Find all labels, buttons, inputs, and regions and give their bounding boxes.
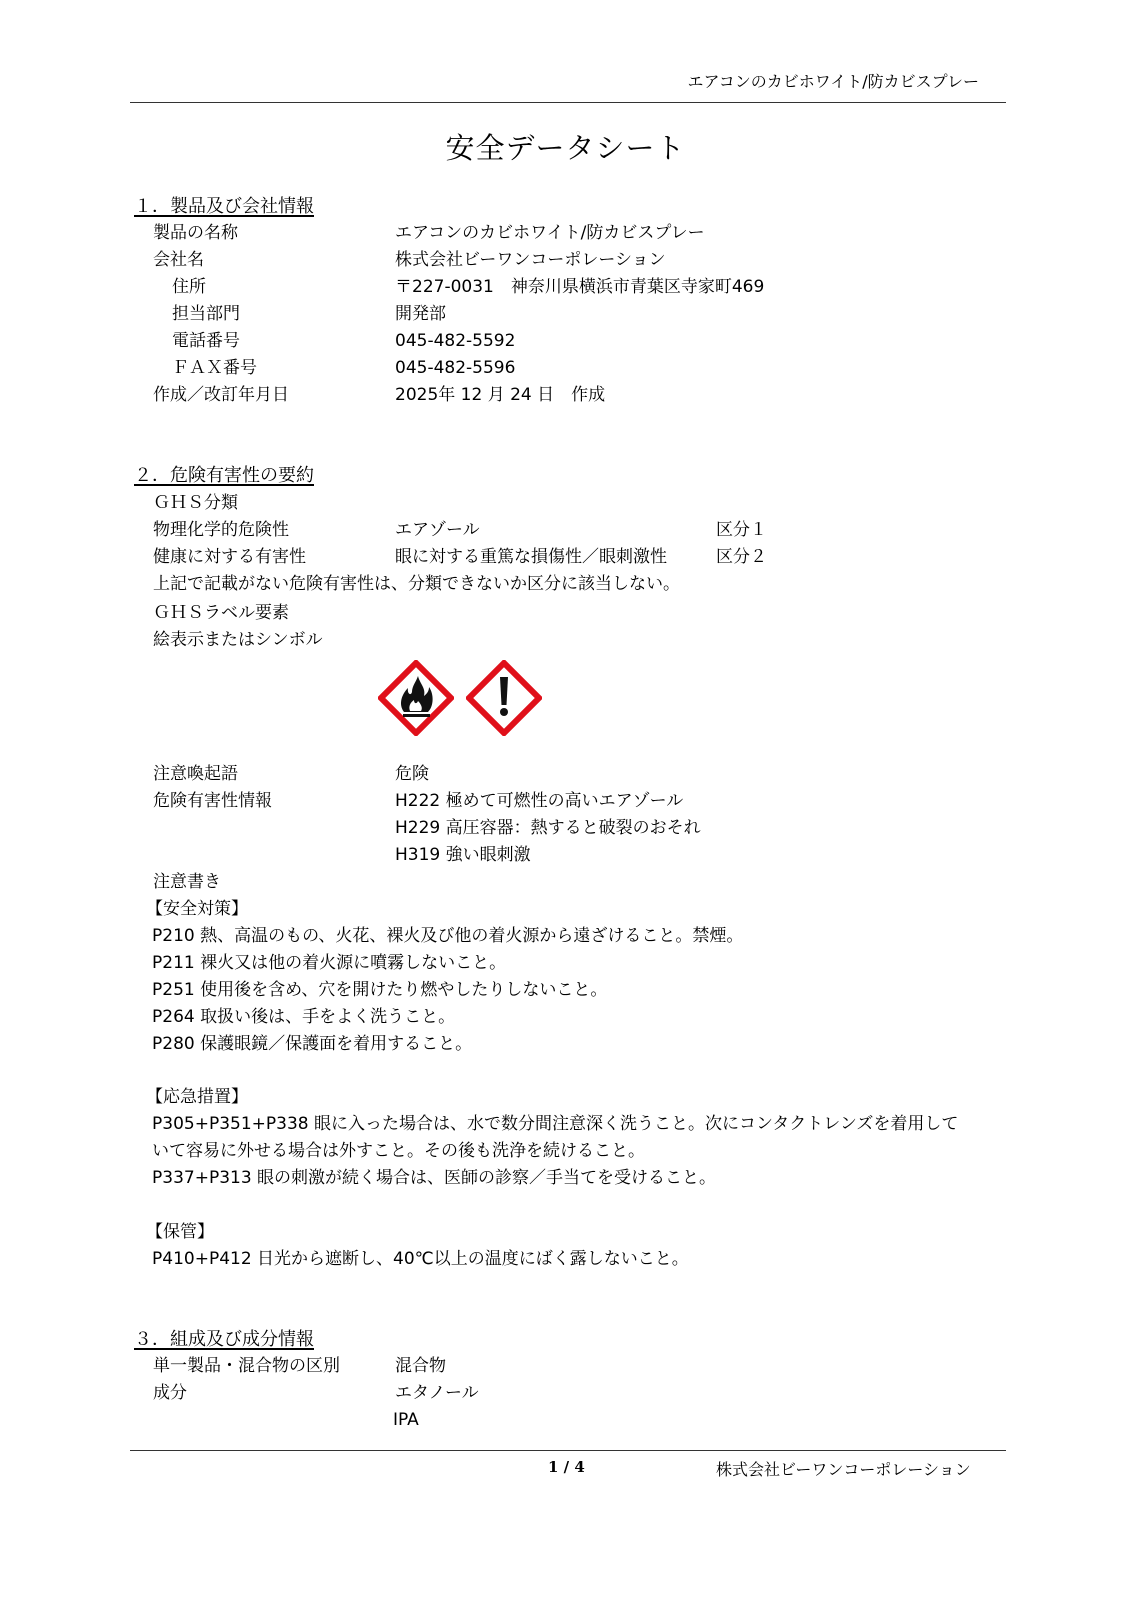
section-3-heading: ３．組成及び成分情報 — [134, 1331, 314, 1349]
composition-row: 単一製品・混合物の区別 混合物 — [0, 1358, 1131, 1380]
classification-category: 物理化学的危険性 — [153, 522, 289, 539]
hazard-statements-label: 危険有害性情報 — [153, 793, 272, 810]
info-row-address: 住所 〒227-0031 神奈川県横浜市青葉区寺家町469 — [0, 279, 1131, 301]
classification-division: 区分１ — [716, 522, 767, 539]
info-row-department: 担当部門 開発部 — [0, 306, 1131, 328]
info-label: 担当部門 — [172, 306, 240, 323]
classification-row: 物理化学的危険性 エアゾール 区分１ — [0, 522, 1131, 544]
precautionary-label: 注意書き — [153, 874, 221, 891]
flame-icon — [378, 660, 454, 736]
info-label: 電話番号 — [172, 333, 240, 350]
prevention-heading: 【安全対策】 — [146, 901, 248, 918]
composition-value: IPA — [393, 1412, 419, 1429]
info-value: 2025年 12 月 24 日 作成 — [395, 387, 605, 404]
precaution-item: P280 保護眼鏡／保護面を着用すること。 — [152, 1036, 472, 1053]
storage-heading: 【保管】 — [146, 1224, 214, 1241]
hazard-statement: H222 極めて可燃性の高いエアゾール — [395, 793, 683, 810]
header-rule — [130, 102, 1006, 103]
info-label: 製品の名称 — [153, 225, 238, 242]
precaution-item: いて容易に外せる場合は外すこと。その後も洗浄を続けること。 — [152, 1143, 645, 1160]
info-value: 〒227-0031 神奈川県横浜市青葉区寺家町469 — [395, 279, 764, 296]
classification-note: 上記で記載がない危険有害性は、分類できないか区分に該当しない。 — [153, 576, 680, 593]
info-label: ＦＡＸ番号 — [172, 360, 257, 377]
precaution-item: P410+P412 日光から遮断し、40℃以上の温度にばく露しないこと。 — [152, 1251, 689, 1268]
signal-word: 危険 — [395, 766, 429, 783]
info-value: 株式会社ビーワンコーポレーション — [395, 252, 666, 269]
ghs-label-elements: ＧＨＳラベル要素 — [153, 605, 289, 622]
footer-company: 株式会社ビーワンコーポレーション — [716, 1462, 971, 1478]
precaution-item: P264 取扱い後は、手をよく洗うこと。 — [152, 1009, 455, 1026]
page-title: 安全データシート — [0, 134, 1131, 163]
response-heading: 【応急措置】 — [146, 1089, 248, 1106]
classification-row: 健康に対する有害性 眼に対する重篤な損傷性／眼刺激性 区分２ — [0, 549, 1131, 571]
hazard-statements-row: 危険有害性情報 H222 極めて可燃性の高いエアゾール — [0, 793, 1131, 815]
precaution-item: P211 裸火又は他の着火源に噴霧しないこと。 — [152, 955, 506, 972]
precaution-item: P337+P313 眼の刺激が続く場合は、医師の診察／手当てを受けること。 — [152, 1170, 716, 1187]
footer-rule — [130, 1450, 1006, 1451]
classification-hazard: 眼に対する重篤な損傷性／眼刺激性 — [395, 549, 667, 566]
info-value: エアコンのカビホワイト/防カビスプレー — [395, 225, 705, 242]
classification-division: 区分２ — [716, 549, 767, 566]
info-value: 045-482-5596 — [395, 360, 515, 377]
info-value: 045-482-5592 — [395, 333, 515, 350]
info-row-company: 会社名 株式会社ビーワンコーポレーション — [0, 252, 1131, 274]
classification-hazard: エアゾール — [395, 522, 480, 539]
composition-row: 成分 エタノール — [0, 1385, 1131, 1407]
pictogram-label: 絵表示またはシンボル — [153, 632, 323, 649]
exclamation-mark-icon — [466, 660, 542, 736]
info-row-product-name: 製品の名称 エアコンのカビホワイト/防カビスプレー — [0, 225, 1131, 247]
page-number: 1 / 4 — [548, 1460, 585, 1475]
info-label: 会社名 — [153, 252, 204, 269]
precaution-item: P251 使用後を含め、穴を開けたり燃やしたりしないこと。 — [152, 982, 607, 999]
info-value: 開発部 — [395, 306, 446, 323]
precaution-item: P210 熱、高温のもの、火花、裸火及び他の着火源から遠ざけること。禁煙。 — [152, 928, 743, 945]
precaution-item: P305+P351+P338 眼に入った場合は、水で数分間注意深く洗うこと。次に… — [152, 1116, 958, 1133]
info-row-fax: ＦＡＸ番号 045-482-5596 — [0, 360, 1131, 382]
info-row-date: 作成／改訂年月日 2025年 12 月 24 日 作成 — [0, 387, 1131, 409]
signal-word-row: 注意喚起語 危険 — [0, 766, 1131, 788]
hazard-statement: H319 強い眼刺激 — [395, 847, 531, 864]
composition-label: 成分 — [153, 1385, 187, 1402]
composition-label: 単一製品・混合物の区別 — [153, 1358, 340, 1375]
hazard-statement: H229 高圧容器：熱すると破裂のおそれ — [395, 820, 701, 837]
composition-value: 混合物 — [395, 1358, 446, 1375]
section-1-heading: １．製品及び会社情報 — [134, 198, 314, 216]
header-product-title: エアコンのカビホワイト/防カビスプレー — [688, 74, 979, 90]
info-label: 作成／改訂年月日 — [153, 387, 289, 404]
section-2-heading: ２．危険有害性の要約 — [134, 467, 314, 485]
info-label: 住所 — [172, 279, 206, 296]
signal-word-label: 注意喚起語 — [153, 766, 238, 783]
classification-category: 健康に対する有害性 — [153, 549, 306, 566]
composition-row: IPA — [0, 1412, 1131, 1434]
composition-value: エタノール — [395, 1385, 479, 1402]
ghs-classification-label: ＧＨＳ分類 — [153, 495, 238, 512]
info-row-phone: 電話番号 045-482-5592 — [0, 333, 1131, 355]
